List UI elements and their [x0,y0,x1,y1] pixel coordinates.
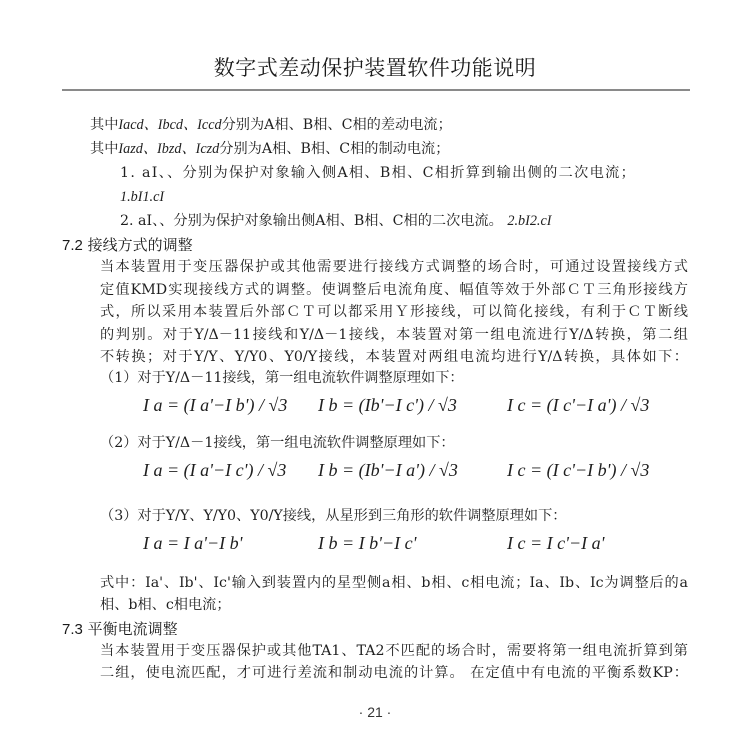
intro-line-differential: 其中Iacd、Ibcd、Iccd分别为A相、B相、C相的差动电流； [90,115,452,135]
formula-lhs: I a [143,533,163,553]
formula-lhs: I c [507,460,525,480]
paragraph-line: 当本装置用于变压器保护或其他需要进行接线方式调整的场合时，可通过设置接线方式 [100,256,688,279]
formula-case2-ib: I b = (Ib'−I a') / √3 [318,460,458,481]
formula-case1-ic: I c = (I c'−I a') / √3 [507,395,649,416]
section-title: 平衡电流调整 [88,620,178,638]
section-7-3-paragraph: 当本装置用于变压器保护或其他TA1、TA2不匹配的场合时，需要将第一组电流折算到… [100,640,688,684]
paragraph-line: 二组，使电流匹配，才可进行差流和制动电流的计算。 在定值中有电流的平衡系数KP： [100,662,688,684]
formula-case2-ia: I a = (I a'−I c') / √3 [143,460,286,481]
formula-rhs: (I c'−I a') / √3 [547,395,650,415]
formula-rhs: I a'−I b' [184,533,243,553]
section-heading-7-3: 7.3 平衡电流调整 [62,618,178,639]
formula-lhs: I b [318,533,338,553]
formula-rhs: I c'−I a' [547,533,605,553]
formula-lhs: I b [318,395,338,415]
paragraph-line: 式，所以采用本装置后外部ＣＴ可以都采用Ｙ形接线，可以简化接线，有利于ＣＴ断线 [100,301,688,324]
item-tail: 2.bI2.cI [507,213,551,229]
formula-note: 式中：Ia'、Ib'、Ic'输入到装置内的星型侧a相、b相、c相电流；Ia、Ib… [100,572,688,616]
case-1-label: （1）对于Y/Δ－11接线，第一组电流软件调整原理如下： [100,368,464,388]
formula-lhs: I a [143,395,163,415]
text-prefix: 其中 [90,117,118,133]
section-heading-7-2: 7.2 接线方式的调整 [62,234,193,255]
intro-line-restraint: 其中Iazd、Ibzd、Iczd分别为A相、B相、C相的制动电流； [90,139,449,159]
variable-names: Iazd、Ibzd、Iczd [118,141,219,157]
formula-case3-ic: I c = I c'−I a' [507,533,604,554]
formula-lhs: I c [507,395,525,415]
formula-lhs: I c [507,533,525,553]
paragraph-line: 不转换；对于Y/Y、Y/Y0、Y0/Y接线，本装置对两组电流均进行Y/Δ转换，具… [100,346,688,369]
formula-case1-ib: I b = (Ib'−I c') / √3 [318,395,457,416]
page-number: · 21 · [0,704,750,720]
variable-names: Iacd、Ibcd、Iccd [118,117,221,133]
paragraph-line: 定值KMD实现接线方式的调整。使调整后电流角度、幅值等效于外部ＣＴ三角形接线方 [100,279,688,302]
formula-rhs: (I a'−I c') / √3 [184,460,287,480]
formula-rhs: (I c'−I b') / √3 [547,460,650,480]
text-prefix: 其中 [90,141,118,157]
formula-rhs: (I a'−I b') / √3 [184,395,288,415]
formula-case1-ia: I a = (I a'−I b') / √3 [143,395,287,416]
section-7-2-paragraph: 当本装置用于变压器保护或其他需要进行接线方式调整的场合时，可通过设置接线方式 定… [100,256,688,369]
case-2-label: （2）对于Y/Δ－1接线，第一组电流软件调整原理如下： [100,433,455,453]
section-title: 接线方式的调整 [88,236,193,254]
formula-rhs: I b'−I c' [359,533,417,553]
paragraph-line: 当本装置用于变压器保护或其他TA1、TA2不匹配的场合时，需要将第一组电流折算到… [100,640,688,662]
page-header-title: 数字式差动保护装置软件功能说明 [0,52,750,82]
section-number: 7.3 [62,621,83,638]
formula-lhs: I b [318,460,338,480]
intro-item-1-cont: 1.bI1.cI [120,187,164,207]
note-line: 式中：Ia'、Ib'、Ic'输入到装置内的星型侧a相、b相、c相电流；Ia、Ib… [100,572,688,594]
section-number: 7.2 [62,237,83,254]
formula-rhs: (Ib'−I c') / √3 [359,395,457,415]
text-suffix: 分别为A相、B相、C相的差动电流； [222,117,452,133]
case-3-label: （3）对于Y/Y、Y/Y0、Y0/Y接线，从星形到三角形的软件调整原理如下： [100,506,567,526]
formula-rhs: (Ib'−I a') / √3 [359,460,458,480]
formula-lhs: I a [143,460,163,480]
note-line: 相、b相、c相电流； [100,594,688,616]
formula-case3-ia: I a = I a'−I b' [143,533,243,554]
paragraph-line: 的判别。对于Y/Δ－11接线和Y/Δ－1接线，本装置对第一组电流进行Y/Δ转换，… [100,324,688,347]
intro-item-2: 2. aI、、分别为保护对象输出侧A相、B相、C相的二次电流。 2.bI2.cI [120,211,552,231]
text-suffix: 分别为A相、B相、C相的制动电流； [219,141,449,157]
item-text: 2. aI、、分别为保护对象输出侧A相、B相、C相的二次电流。 [120,213,503,229]
formula-case2-ic: I c = (I c'−I b') / √3 [507,460,649,481]
header-divider [62,89,690,91]
formula-case3-ib: I b = I b'−I c' [318,533,416,554]
intro-item-1: 1. aI、、分别为保护对象输入侧A相、B相、C相折算到输出侧的二次电流； [120,163,636,183]
